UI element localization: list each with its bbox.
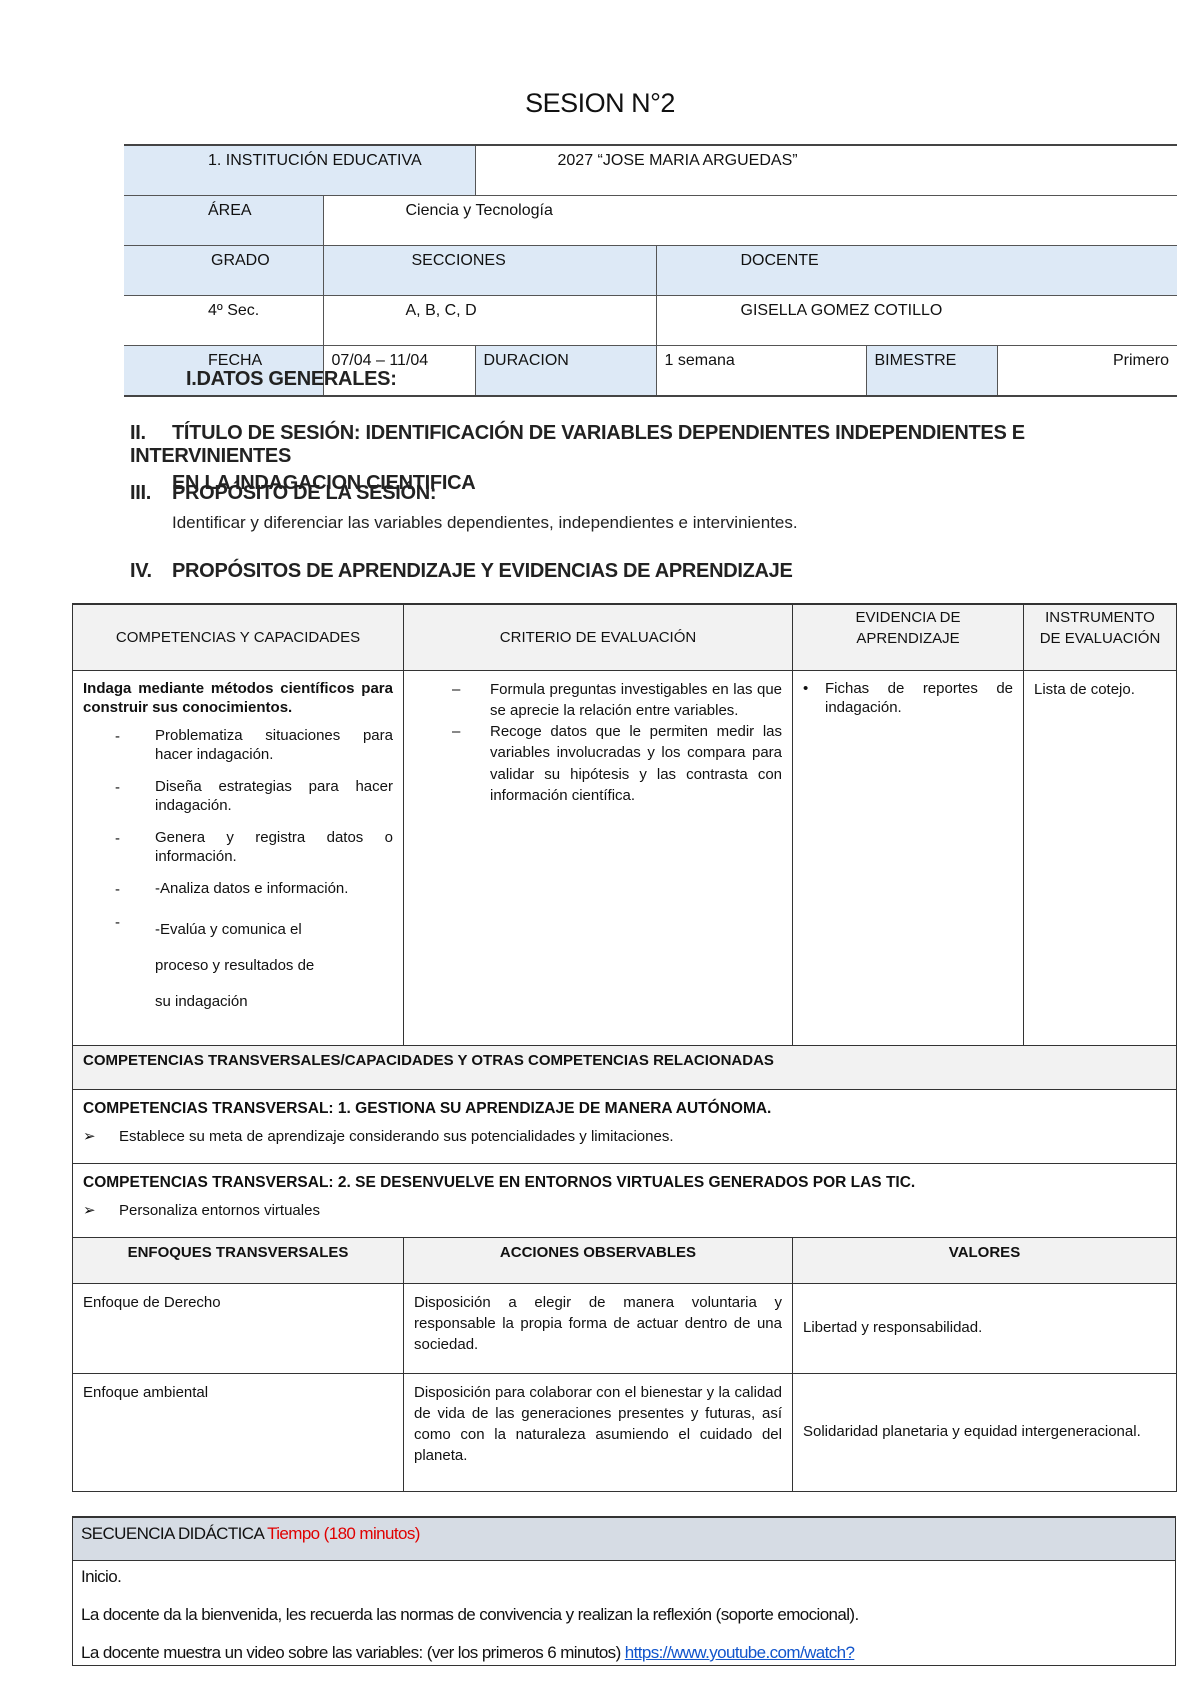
inicio-paragraph-2: La docente muestra un video sobre las va… bbox=[81, 1643, 621, 1662]
grado-label: GRADO bbox=[124, 246, 323, 296]
capacidad-item: -Diseña estrategias para hacer indagació… bbox=[83, 777, 393, 816]
section-propositos-aprendizaje: IV.PROPÓSITOS DE APRENDIZAJE Y EVIDENCIA… bbox=[130, 560, 793, 583]
capacidad-item: --Evalúa y comunica el proceso y resulta… bbox=[83, 912, 393, 1020]
secuencia-tiempo: Tiempo (180 minutos) bbox=[267, 1524, 420, 1543]
capacidades-list: -Problematiza situaciones para hacer ind… bbox=[83, 726, 393, 1020]
header-instrumento: INSTRUMENTO DE EVALUACIÓN bbox=[1024, 604, 1177, 670]
inicio-label: Inicio. bbox=[81, 1567, 1167, 1587]
transversal-2-cell: COMPETENCIAS TRANSVERSAL: 2. SE DESENVUE… bbox=[73, 1163, 1177, 1237]
competencia-title: Indaga mediante métodos científicos para… bbox=[83, 679, 393, 718]
evidencia-cell: •Fichas de reportes de indagación. bbox=[793, 670, 1024, 1045]
duracion-label: DURACION bbox=[475, 346, 656, 397]
docente-value: GISELLA GOMEZ COTILLO bbox=[656, 296, 1177, 346]
section-proposito: III.PROPÓSITO DE LA SESIÓN: bbox=[130, 482, 1170, 505]
header-evidencia: EVIDENCIA DE APRENDIZAJE bbox=[793, 604, 1024, 670]
capacidad-item: --Analiza datos e información. bbox=[83, 879, 393, 900]
criterio-item: –Recoge datos que le permiten medir las … bbox=[414, 721, 782, 806]
transversal-1-item: Establece su meta de aprendizaje conside… bbox=[119, 1128, 674, 1145]
header-acciones: ACCIONES OBSERVABLES bbox=[404, 1237, 793, 1283]
secuencia-header: SECUENCIA DIDÁCTICA Tiempo (180 minutos) bbox=[73, 1517, 1176, 1561]
transversales-header: COMPETENCIAS TRANSVERSALES/CAPACIDADES Y… bbox=[73, 1045, 1177, 1089]
transversal-1-cell: COMPETENCIAS TRANSVERSAL: 1. GESTIONA SU… bbox=[73, 1089, 1177, 1163]
docente-label: DOCENTE bbox=[656, 246, 1177, 296]
secciones-label: SECCIONES bbox=[323, 246, 656, 296]
competencias-cell: Indaga mediante métodos científicos para… bbox=[73, 670, 404, 1045]
page-title: SESION N°2 bbox=[0, 88, 1200, 119]
enfoque-row: Enfoque ambiental Disposición para colab… bbox=[73, 1373, 1177, 1491]
capacidad-item: -Problematiza situaciones para hacer ind… bbox=[83, 726, 393, 765]
secuencia-body: Inicio. La docente da la bienvenida, les… bbox=[73, 1561, 1176, 1666]
arrow-bullet-icon: ➢ bbox=[83, 1200, 119, 1221]
grado-value: 4º Sec. bbox=[124, 296, 323, 346]
criterio-item: –Formula preguntas investigables en las … bbox=[414, 679, 782, 722]
proposito-text: Identificar y diferenciar las variables … bbox=[172, 513, 798, 533]
institucion-value: 2027 “JOSE MARIA ARGUEDAS” bbox=[475, 145, 1177, 196]
duracion-value: 1 semana bbox=[656, 346, 866, 397]
transversal-2-item: Personaliza entornos virtuales bbox=[119, 1202, 320, 1219]
enfoque-row: Enfoque de Derecho Disposición a elegir … bbox=[73, 1283, 1177, 1373]
transversal-2-title: COMPETENCIAS TRANSVERSAL: 2. SE DESENVUE… bbox=[83, 1172, 1166, 1194]
section-datos-generales: I.DATOS GENERALES: bbox=[186, 368, 397, 391]
enfoque-accion: Disposición a elegir de manera voluntari… bbox=[404, 1283, 793, 1373]
header-competencias: COMPETENCIAS Y CAPACIDADES bbox=[73, 604, 404, 670]
criterio-cell: –Formula preguntas investigables en las … bbox=[404, 670, 793, 1045]
bimestre-label: BIMESTRE bbox=[866, 346, 997, 397]
video-link[interactable]: https://www.youtube.com/watch? bbox=[625, 1643, 855, 1662]
bimestre-value: Primero bbox=[997, 346, 1177, 397]
transversal-1-title: COMPETENCIAS TRANSVERSAL: 1. GESTIONA SU… bbox=[83, 1098, 1166, 1120]
enfoque-accion: Disposición para colaborar con el bienes… bbox=[404, 1373, 793, 1491]
enfoque-name: Enfoque ambiental bbox=[73, 1373, 404, 1491]
instrumento-cell: Lista de cotejo. bbox=[1024, 670, 1177, 1045]
inicio-paragraph-1: La docente da la bienvenida, les recuerd… bbox=[81, 1605, 1167, 1625]
area-value: Ciencia y Tecnología bbox=[323, 196, 1177, 246]
institucion-label: 1. INSTITUCIÓN EDUCATIVA bbox=[124, 145, 475, 196]
arrow-bullet-icon: ➢ bbox=[83, 1126, 119, 1147]
learning-purposes-table: COMPETENCIAS Y CAPACIDADES CRITERIO DE E… bbox=[72, 603, 1177, 1492]
general-info-table: 1. INSTITUCIÓN EDUCATIVA 2027 “JOSE MARI… bbox=[124, 144, 1177, 397]
secuencia-didactica-table: SECUENCIA DIDÁCTICA Tiempo (180 minutos)… bbox=[72, 1516, 1176, 1666]
header-valores: VALORES bbox=[793, 1237, 1177, 1283]
capacidad-item: -Genera y registra datos o información. bbox=[83, 828, 393, 867]
secuencia-label: SECUENCIA DIDÁCTICA bbox=[81, 1524, 263, 1543]
header-enfoques: ENFOQUES TRANSVERSALES bbox=[73, 1237, 404, 1283]
secciones-value: A, B, C, D bbox=[323, 296, 656, 346]
header-criterio: CRITERIO DE EVALUACIÓN bbox=[404, 604, 793, 670]
area-label: ÁREA bbox=[124, 196, 323, 246]
enfoque-valor: Libertad y responsabilidad. bbox=[793, 1283, 1177, 1373]
enfoque-name: Enfoque de Derecho bbox=[73, 1283, 404, 1373]
enfoque-valor: Solidaridad planetaria y equidad interge… bbox=[793, 1373, 1177, 1491]
